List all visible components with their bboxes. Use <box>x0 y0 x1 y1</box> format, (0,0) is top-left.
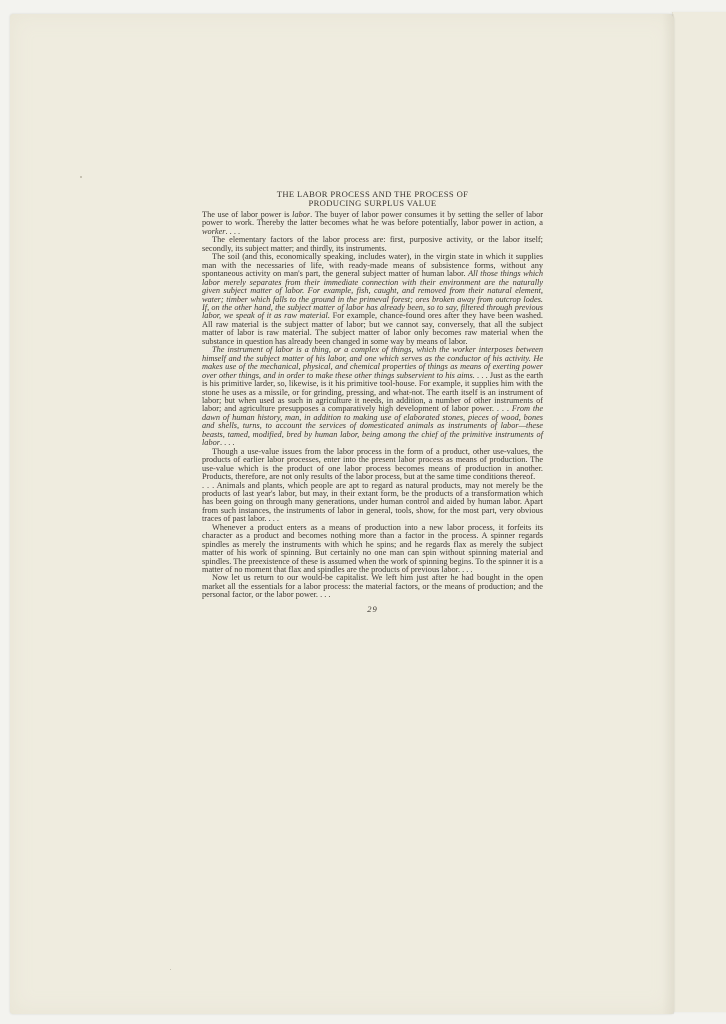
paragraph: Now let us return to our would-be capita… <box>202 574 543 599</box>
chapter-title-line-2: PRODUCING SURPLUS VALUE <box>202 199 543 208</box>
paragraph: The use of labor power is labor. The buy… <box>202 211 543 236</box>
text-run: Though a use-value issues from the labor… <box>202 447 543 481</box>
paper-speck <box>80 176 82 178</box>
text-run: Now let us return to our would-be capita… <box>202 573 543 599</box>
book-page: THE LABOR PROCESS AND THE PROCESS OF PRO… <box>10 14 674 1014</box>
body-text: The use of labor power is labor. The buy… <box>202 211 543 600</box>
paragraph: . . . Animals and plants, which people a… <box>202 482 543 524</box>
text-run: Whenever a product enters as a means of … <box>202 523 543 574</box>
paragraph: Whenever a product enters as a means of … <box>202 524 543 575</box>
paragraph: The soil (and this, economically speakin… <box>202 253 543 346</box>
paragraph: The instrument of labor is a thing, or a… <box>202 346 543 447</box>
page-number: 29 <box>202 605 543 613</box>
spine-shadow <box>662 14 674 1014</box>
text-run: . . . Animals and plants, which people a… <box>202 481 543 524</box>
text-column: THE LABOR PROCESS AND THE PROCESS OF PRO… <box>202 190 543 613</box>
paper-speck <box>170 969 171 970</box>
paragraph: Though a use-value issues from the labor… <box>202 448 543 482</box>
paragraph: The elementary factors of the labor proc… <box>202 236 543 253</box>
chapter-title: THE LABOR PROCESS AND THE PROCESS OF PRO… <box>202 190 543 208</box>
adjacent-page-edge <box>672 12 726 1012</box>
text-run: The elementary factors of the labor proc… <box>202 235 543 252</box>
